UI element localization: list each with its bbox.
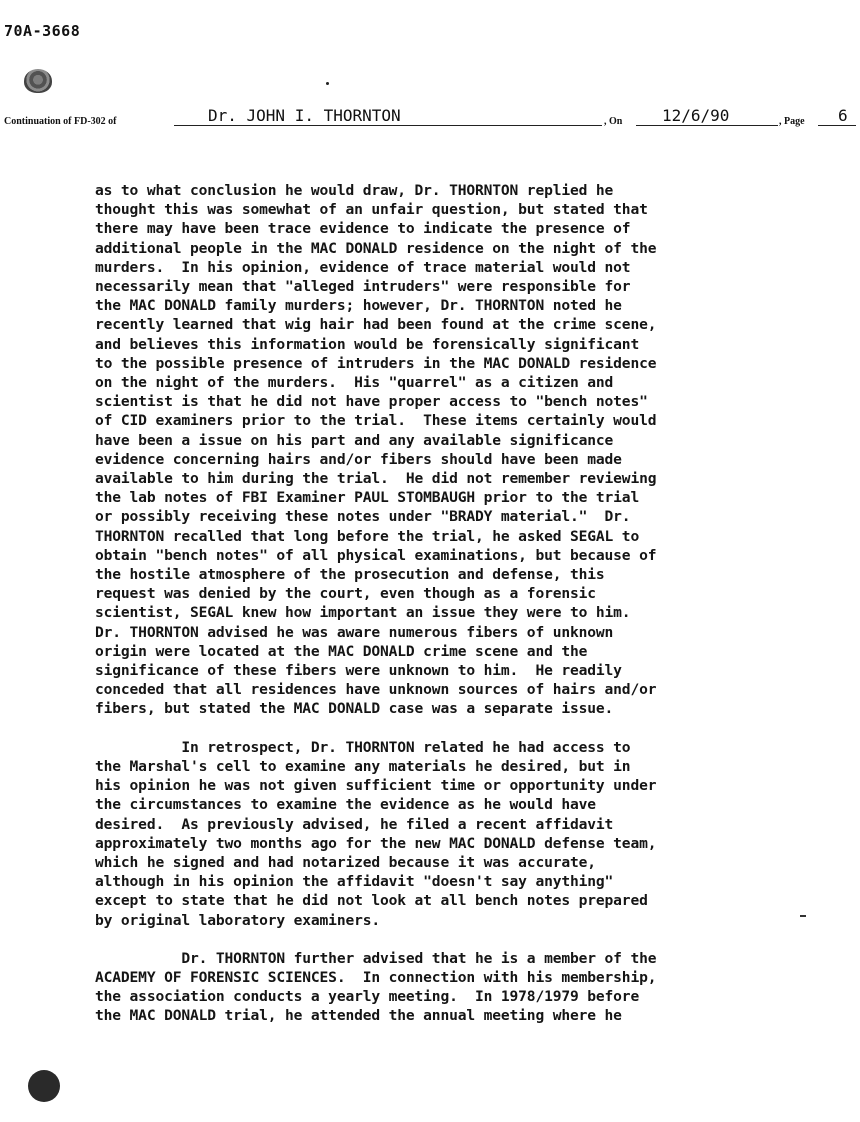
text-line: evidence concerning hairs and/or fibers …	[95, 450, 845, 469]
text-line: thought this was somewhat of an unfair q…	[95, 200, 845, 219]
page-label: , Page	[779, 116, 805, 127]
text-line: on the night of the murders. His "quarre…	[95, 373, 845, 392]
text-line: the lab notes of FBI Examiner PAUL STOMB…	[95, 488, 845, 507]
text-line: or possibly receiving these notes under …	[95, 507, 845, 526]
text-line: the MAC DONALD family murders; however, …	[95, 296, 845, 315]
file-number: 70A-3668	[4, 22, 80, 40]
text-line: the Marshal's cell to examine any materi…	[95, 757, 845, 776]
text-line: obtain "bench notes" of all physical exa…	[95, 546, 845, 565]
text-line: murders. In his opinion, evidence of tra…	[95, 258, 845, 277]
paragraph-1: as to what conclusion he would draw, Dr.…	[95, 181, 845, 719]
document-body: as to what conclusion he would draw, Dr.…	[95, 181, 845, 1026]
text-line: additional people in the MAC DONALD resi…	[95, 239, 845, 258]
on-label: , On	[604, 116, 622, 127]
paragraph-3: Dr. THORNTON further advised that he is …	[95, 949, 845, 1026]
text-line: except to state that he did not look at …	[95, 891, 845, 910]
text-line: to the possible presence of intruders in…	[95, 354, 845, 373]
text-line: approximately two months ago for the new…	[95, 834, 845, 853]
text-line: Dr. THORNTON further advised that he is …	[95, 949, 845, 968]
text-line: recently learned that wig hair had been …	[95, 315, 845, 334]
subject-name-field: Dr. JOHN I. THORNTON	[174, 106, 602, 126]
text-line: which he signed and had notarized becaus…	[95, 853, 845, 872]
text-line: there may have been trace evidence to in…	[95, 219, 845, 238]
text-line: scientist is that he did not have proper…	[95, 392, 845, 411]
agency-seal-icon	[24, 69, 52, 93]
scan-mark	[520, 706, 521, 714]
text-line: Dr. THORNTON advised he was aware numero…	[95, 623, 845, 642]
text-line: fibers, but stated the MAC DONALD case w…	[95, 699, 845, 718]
text-line: the hostile atmosphere of the prosecutio…	[95, 565, 845, 584]
punch-hole-icon	[28, 1070, 60, 1102]
text-line: by original laboratory examiners.	[95, 911, 845, 930]
text-line: significance of these fibers were unknow…	[95, 661, 845, 680]
text-line: of CID examiners prior to the trial. The…	[95, 411, 845, 430]
scan-mark	[800, 915, 806, 917]
text-line: necessarily mean that "alleged intruders…	[95, 277, 845, 296]
text-line: the MAC DONALD trial, he attended the an…	[95, 1006, 845, 1025]
text-line: have been a issue on his part and any av…	[95, 431, 845, 450]
text-line: scientist, SEGAL knew how important an i…	[95, 603, 845, 622]
text-line: available to him during the trial. He di…	[95, 469, 845, 488]
text-line: ACADEMY OF FORENSIC SCIENCES. In connect…	[95, 968, 845, 987]
text-line: his opinion he was not given sufficient …	[95, 776, 845, 795]
page-number-field: 6	[818, 106, 856, 126]
text-line: although in his opinion the affidavit "d…	[95, 872, 845, 891]
continuation-label: Continuation of FD-302 of	[4, 116, 117, 127]
scan-speck	[326, 82, 329, 85]
text-line: THORNTON recalled that long before the t…	[95, 527, 845, 546]
text-line: In retrospect, Dr. THORNTON related he h…	[95, 738, 845, 757]
text-line: origin were located at the MAC DONALD cr…	[95, 642, 845, 661]
text-line: the circumstances to examine the evidenc…	[95, 795, 845, 814]
date-field: 12/6/90	[636, 106, 778, 126]
text-line: desired. As previously advised, he filed…	[95, 815, 845, 834]
text-line: as to what conclusion he would draw, Dr.…	[95, 181, 845, 200]
text-line: and believes this information would be f…	[95, 335, 845, 354]
paragraph-2: In retrospect, Dr. THORNTON related he h…	[95, 738, 845, 930]
text-line: the association conducts a yearly meetin…	[95, 987, 845, 1006]
text-line: conceded that all residences have unknow…	[95, 680, 845, 699]
text-line: request was denied by the court, even th…	[95, 584, 845, 603]
form-header: Continuation of FD-302 of Dr. JOHN I. TH…	[4, 106, 856, 130]
